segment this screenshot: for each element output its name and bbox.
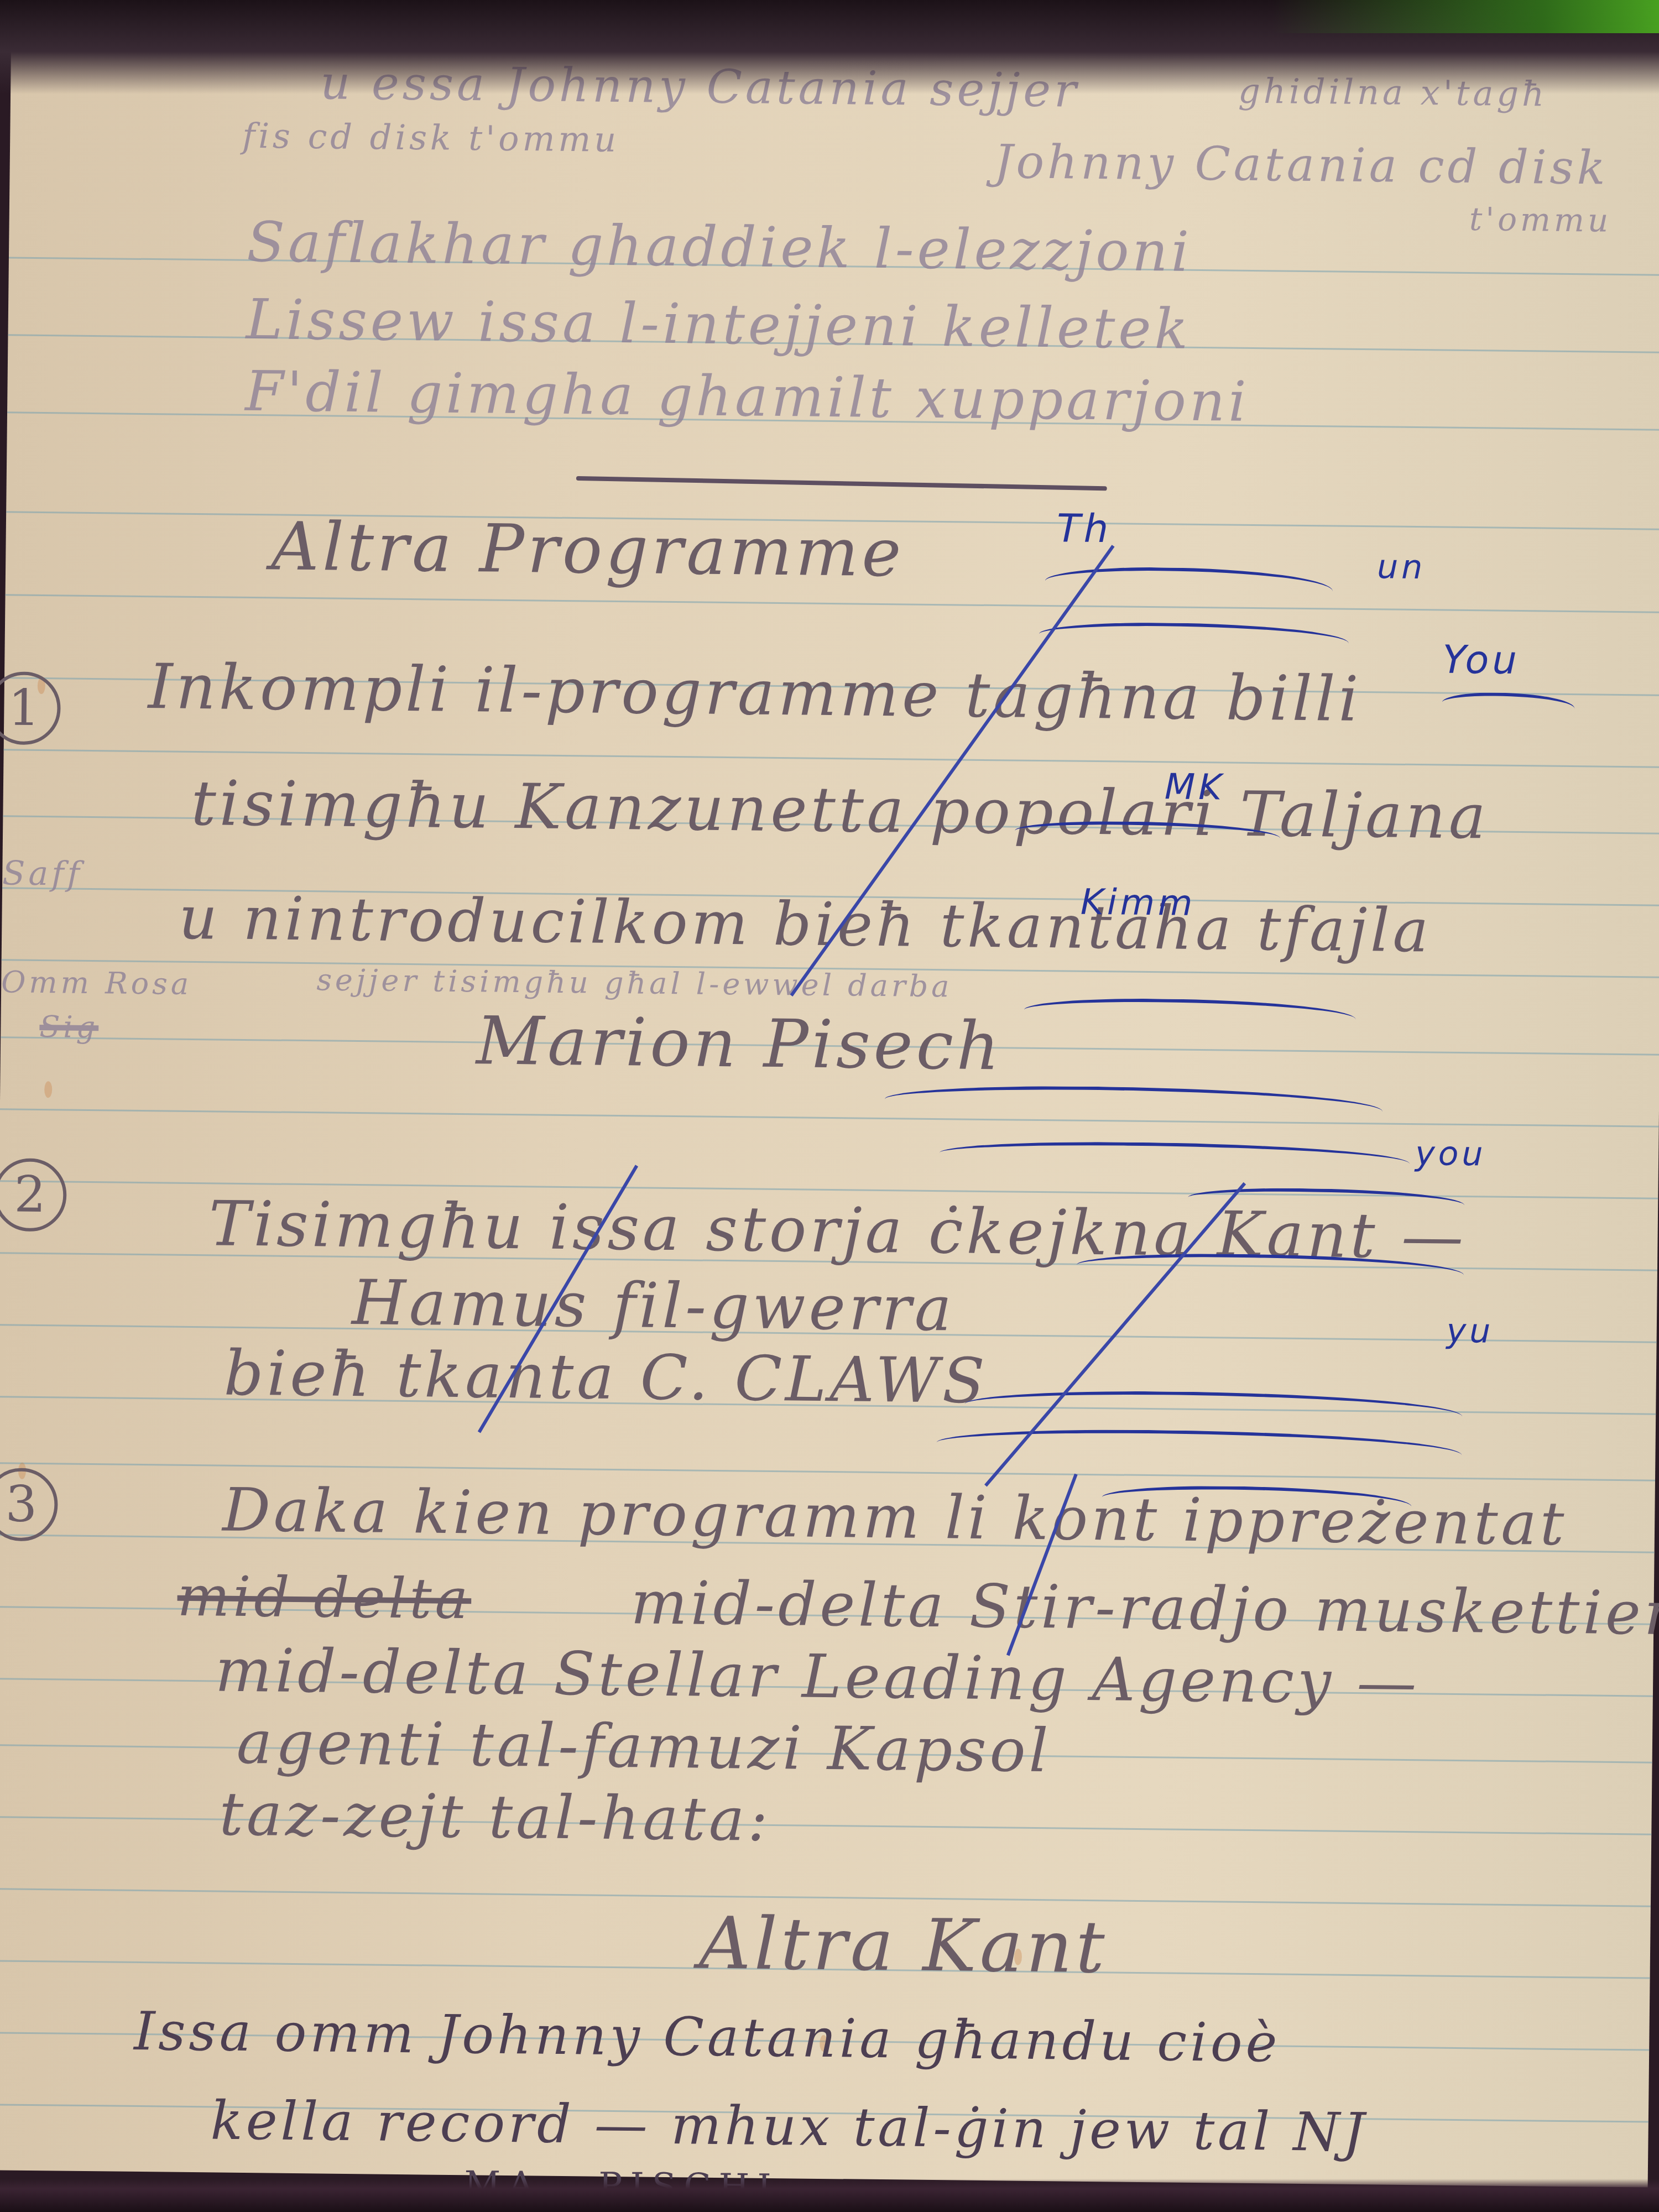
item3-line3: mid-delta Stellar Leading Agency —: [215, 1636, 1420, 1718]
ink-note: Kimm: [1080, 882, 1196, 924]
ink-scribble: [885, 1084, 1383, 1126]
ink-note: yu: [1446, 1312, 1494, 1351]
item-number-1: 1: [0, 671, 61, 745]
ink-note: MK: [1165, 766, 1225, 808]
ruled-line: [0, 1108, 1659, 1127]
item1-line1: Inkompli il-programme tagħna billi: [148, 651, 1362, 735]
item3-line5: taz-zejt tal-hata:: [219, 1780, 771, 1855]
photo-top-edge: [0, 0, 1659, 94]
header-note-line3-right: t'ommu: [1469, 200, 1612, 239]
header-note-line2-left: fis cd disk t'ommu: [242, 116, 620, 160]
intro-line-3: F'dil gimgha ghamilt xupparjoni: [245, 359, 1250, 434]
ruled-line: [6, 594, 1659, 613]
photo-bottom-edge: [0, 2179, 1659, 2212]
ink-scribble: [1045, 566, 1333, 606]
item-number-3: 3: [0, 1468, 58, 1541]
item1-performer: Marion Pisech: [476, 1003, 1003, 1085]
margin-note-2: Omm Rosa: [1, 964, 192, 1001]
header-note-line2-right: Johnny Catania cd disk: [994, 134, 1609, 195]
ink-note: you: [1415, 1134, 1486, 1173]
item1-line2: tisimgħu Kanzunetta popolari Taljana: [191, 768, 1489, 853]
margin-note-1: Saff: [2, 854, 83, 894]
manuscript-page: u essa Johnny Catania sejjer ghidilna x'…: [0, 24, 1659, 2187]
ink-scribble: [1024, 998, 1356, 1032]
ink-note: Th: [1057, 505, 1112, 551]
item1-line3: u nintroducilkom bieħ tkantaha tfajla: [179, 884, 1432, 966]
ink-note: un: [1377, 547, 1426, 587]
closing-line-1: Issa omm Johnny Catania għandu cioè: [134, 2000, 1281, 2074]
section-heading: Altra Programme: [271, 508, 905, 592]
margin-note-3: Sig: [39, 1009, 98, 1045]
stain: [44, 1081, 52, 1098]
closing-line-2: kella record — mhux tal-ġin jew tal NJ: [210, 2089, 1368, 2163]
item3-line4: agenti tal-famuzi Kapsol: [236, 1708, 1052, 1786]
item-number-2: 2: [0, 1158, 67, 1232]
ruled-line: [4, 749, 1659, 768]
item3-line2: mid-delta Stir-radjo muskettieri: [630, 1568, 1659, 1648]
item3-struck-text: mid delta: [177, 1564, 472, 1632]
ink-scribble: [1442, 692, 1574, 719]
ink-note: You: [1442, 637, 1520, 683]
ink-scribble: [1039, 622, 1349, 656]
closing-heading: Altra Kant: [698, 1901, 1108, 1990]
ink-scribble: [940, 1140, 1410, 1176]
separator-line: [576, 476, 1107, 491]
item2-line2: Hamus fil-gwerra: [352, 1267, 956, 1345]
item2-line3: bieħ tkanta C. CLAWS: [223, 1338, 988, 1417]
intro-line-2: Lissew issa l-intejjeni kelletek: [246, 287, 1192, 362]
item1-insertion: sejjer tisimgħu għal l-ewwel darba: [316, 962, 953, 1004]
intro-line-1: Saflakhar ghaddiek l-elezzjoni: [247, 210, 1193, 284]
